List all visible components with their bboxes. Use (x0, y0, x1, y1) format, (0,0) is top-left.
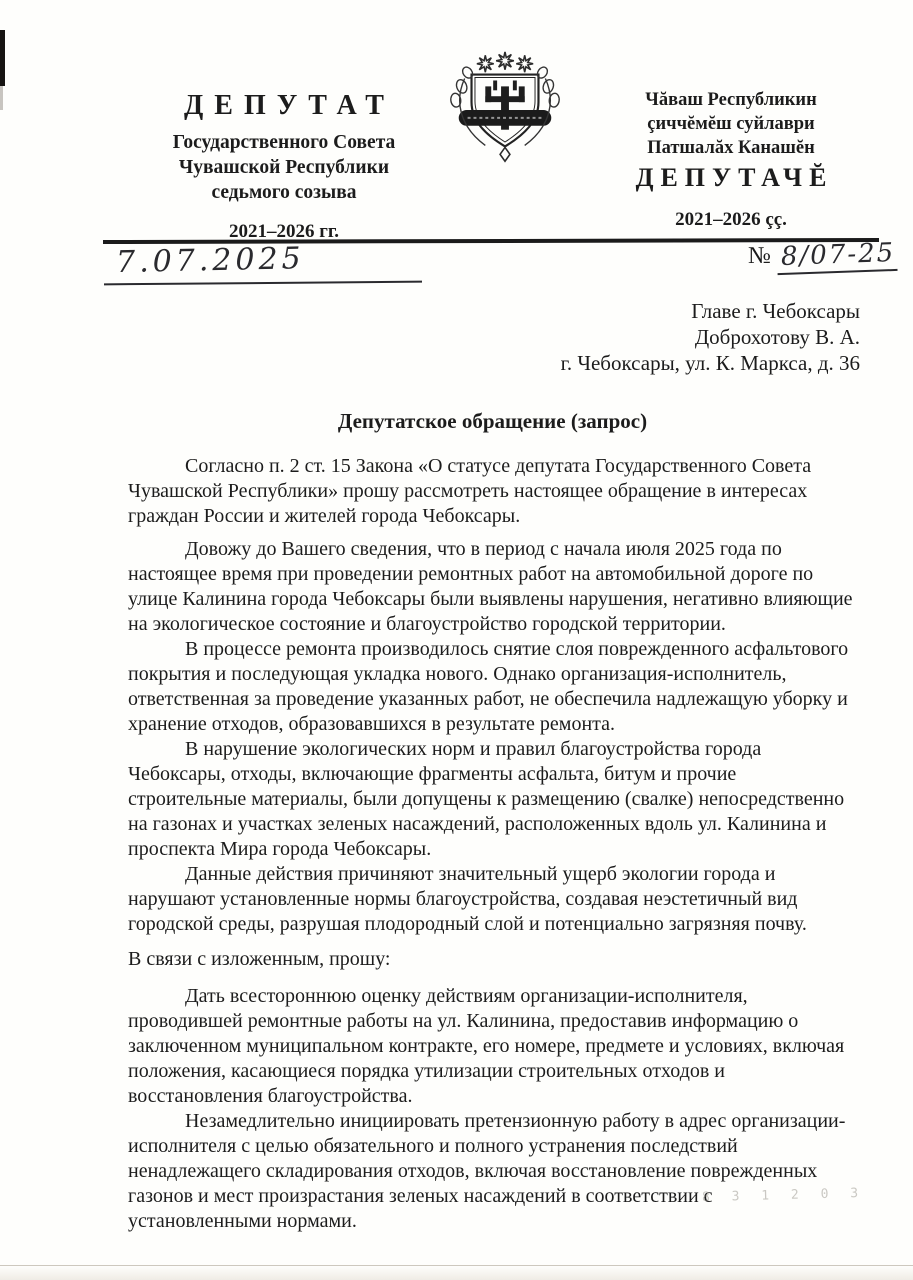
handwritten-number: 8/07-25 (776, 238, 897, 275)
letterhead-line-ru: седьмого созыва (133, 180, 435, 205)
letterhead-title-ru: ДЕПУТАТ (133, 90, 435, 122)
addressee-line: Доброхотову В. А. (561, 324, 860, 350)
letterhead-line-ru: Государственного Совета (133, 130, 435, 155)
scanned-letter-page: ДЕПУТАТ Государственного Совета Чувашско… (0, 0, 913, 1280)
letterhead-line-cv: Чăваш Республикин (592, 88, 870, 112)
letterhead-line-cv: çиччĕмĕш суйлаври (592, 112, 870, 136)
letterhead-term-cv: 2021–2026 çç. (592, 209, 870, 231)
addressee-line: Главе г. Чебоксары (561, 298, 860, 324)
document-number: № 8/07-25 (748, 240, 897, 273)
scan-bottom-edge (0, 1265, 913, 1280)
addressee-line: г. Чебоксары, ул. К. Маркса, д. 36 (561, 350, 860, 376)
handwritten-date: 7.07.2025 (116, 239, 417, 280)
request-paragraph: Дать всестороннюю оценку действиям орган… (128, 984, 857, 1109)
scan-edge-artifact (0, 30, 5, 86)
chuvash-coat-of-arms-icon (441, 50, 569, 172)
body-paragraph: В нарушение экологических норм и правил … (128, 737, 857, 862)
letterhead-line-cv: Патшалăх Канашĕн (592, 136, 870, 160)
body-paragraph: Данные действия причиняют значительный у… (128, 862, 857, 937)
letterhead-title-cv: ДЕПУТАЧĔ (592, 163, 870, 193)
date-underline (104, 281, 422, 286)
body-paragraph: Довожу до Вашего сведения, что в период … (128, 537, 857, 637)
letterhead-line-ru: Чувашской Республики (133, 155, 435, 180)
request-paragraph: Незамедлительно инициировать претензионн… (128, 1109, 857, 1234)
request-intro: В связи с изложенным, прошу: (128, 947, 857, 972)
letterhead-russian-block: ДЕПУТАТ Государственного Совета Чувашско… (133, 90, 435, 243)
body-paragraph: В процессе ремонта производилось снятие … (128, 637, 857, 737)
addressee-block: Главе г. Чебоксары Доброхотову В. А. г. … (561, 298, 860, 376)
body-paragraph: Согласно п. 2 ст. 15 Закона «О статусе д… (128, 454, 857, 529)
document-title: Депутатское обращение (запрос) (128, 409, 857, 434)
letterhead-chuvash-block: Чăваш Республикин çиччĕмĕш суйлаври Патш… (592, 88, 870, 231)
number-sign: № (748, 243, 771, 269)
letter-body: Согласно п. 2 ст. 15 Закона «О статусе д… (128, 454, 857, 1234)
scan-edge-artifact-faint (0, 86, 3, 110)
